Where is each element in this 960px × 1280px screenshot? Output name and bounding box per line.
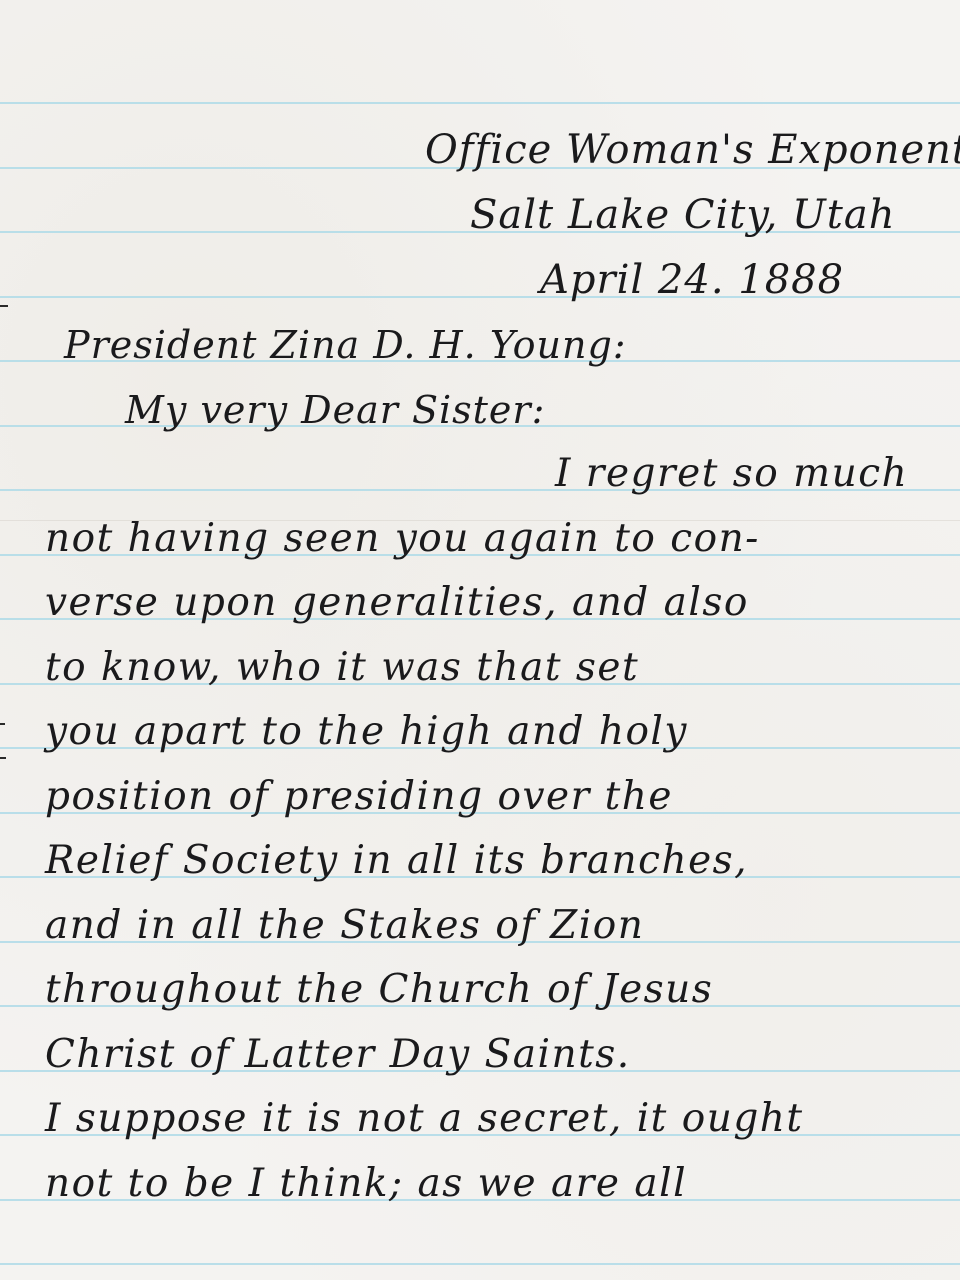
body-line: position of presiding over the [45, 777, 673, 816]
body-line: I suppose it is not a secret, it ought [45, 1099, 804, 1138]
heading-office: Office Woman's Exponent [425, 130, 960, 170]
body-line: not having seen you again to con- [45, 519, 760, 558]
body-line: to know, who it was that set [45, 648, 639, 687]
body-line: I regret so much [555, 454, 908, 493]
letter-page: Office Woman's Exponent Salt Lake City, … [0, 0, 960, 1280]
body-line: you apart to the high and holy [45, 712, 688, 751]
margin-mark [0, 757, 6, 759]
body-line: verse upon generalities, and also [45, 583, 749, 622]
body-line: Christ of Latter Day Saints. [45, 1035, 631, 1074]
body-line: Relief Society in all its branches, [45, 841, 748, 880]
body-line: not to be I think; as we are all [45, 1164, 687, 1203]
margin-mark [0, 305, 8, 307]
margin-mark [0, 723, 5, 725]
greeting: My very Dear Sister: [125, 391, 545, 429]
ruled-line [0, 102, 960, 104]
body-line: and in all the Stakes of Zion [45, 906, 644, 945]
addressee: President Zina D. H. Young: [64, 326, 627, 364]
ruled-line [0, 1263, 960, 1265]
heading-place: Salt Lake City, Utah [470, 195, 895, 235]
body-line: throughout the Church of Jesus [45, 970, 713, 1009]
heading-date: April 24. 1888 [540, 260, 844, 300]
